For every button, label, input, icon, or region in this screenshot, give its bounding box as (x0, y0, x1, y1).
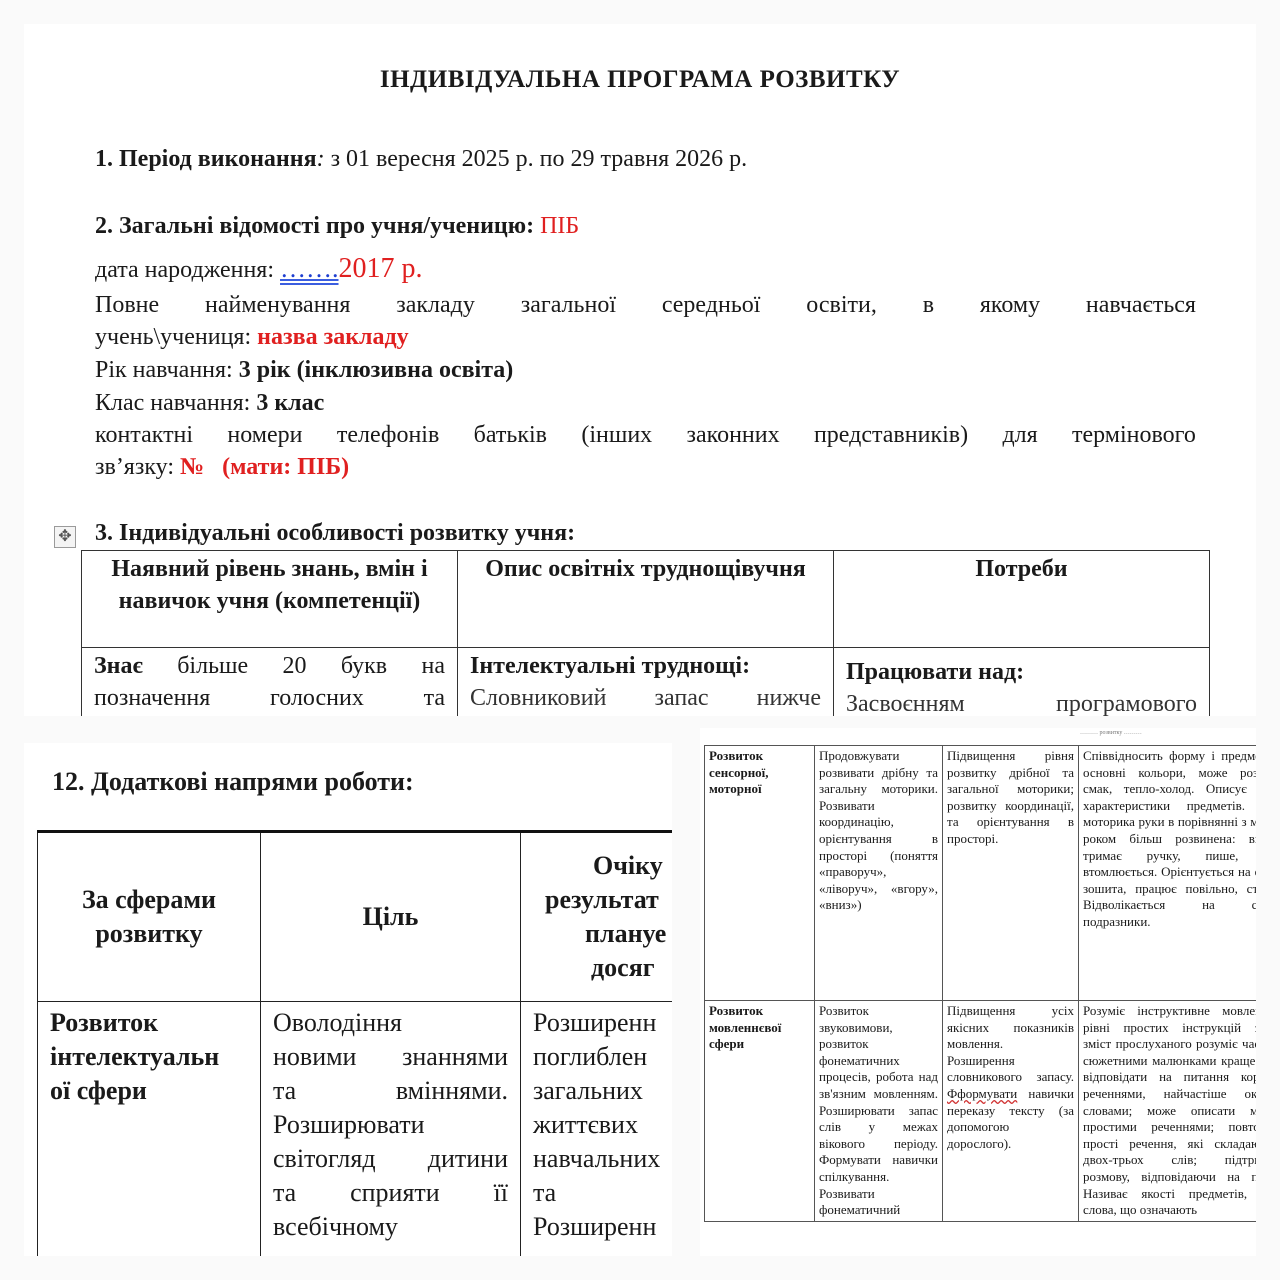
cell-expected: Підвищення рівня розвитку дрібної та заг… (943, 746, 1079, 1001)
document-page-section12: 12. Додаткові напрями роботи: За сферами… (24, 743, 672, 1256)
header-line: плануе (545, 917, 672, 951)
student-name-placeholder: ПІБ (540, 213, 579, 239)
cell-word: більше (177, 650, 248, 682)
study-year-label: Рік навчання: (95, 357, 239, 383)
cell-word: на (421, 650, 445, 682)
header-sphere: За сферами розвитку (38, 832, 261, 1002)
result-line: та (533, 1176, 672, 1210)
goal-word: всебічному (273, 1210, 398, 1244)
header-difficulties: Опис освітніх труднощівучня (458, 551, 834, 648)
result-line: загальних (533, 1074, 672, 1108)
table-header-row: За сферами розвитку Ціль Очікурезультатп… (38, 832, 673, 1002)
school-line-word: загальної (521, 292, 616, 319)
birth-date-dots: ……. (280, 254, 339, 283)
contacts-line-word: представників) (814, 422, 968, 449)
contacts-label: зв’язку: (95, 454, 180, 480)
period-colon: : (317, 146, 325, 172)
cell-competencies: Знаєбільше20буквна позначенняголоснихта (82, 648, 458, 717)
contacts-number-placeholder: № (180, 454, 204, 480)
goal-line: світогляддитини (273, 1142, 508, 1176)
result-line: Розширенн (533, 1006, 672, 1040)
section3-title: 3. Індивідуальні особливості розвитку уч… (95, 520, 575, 547)
goal-word: розвитку (273, 1244, 372, 1256)
cell-word: нижче (757, 682, 821, 714)
goal-word: Розширювати (273, 1108, 425, 1142)
school-line-word: Повне (95, 292, 159, 319)
goal-line: розвитку (273, 1244, 508, 1256)
table-row-sensory-motor: Розвиток сенсорної, моторної Продовжуват… (705, 746, 1257, 1001)
sphere-line: інтелектуальн (50, 1040, 248, 1074)
cell-word: позначення (94, 682, 210, 714)
goal-word: та (273, 1176, 296, 1210)
cell-word: Засвоєнням (846, 688, 965, 716)
class-line: Клас навчання: 3 клас (95, 390, 324, 417)
school-line-word: закладу (396, 292, 475, 319)
period-label: 1. Період виконання (95, 146, 317, 172)
cell-needs: Працювати над: Засвоєннямпрограмового (834, 648, 1210, 717)
student-info-heading: 2. Загальні відомості про учня/ученицю: … (95, 213, 579, 240)
contacts-line-word: батьків (474, 422, 547, 449)
table-move-handle-icon[interactable]: ✥ (54, 526, 76, 548)
result-line: мовлення (533, 1244, 672, 1256)
sphere-line: Розвиток (50, 1006, 248, 1040)
header-line: Очіку (545, 849, 672, 883)
cell-sphere: Розвитокінтелектуальної сфери (38, 1002, 261, 1257)
contacts-line-word: телефонів (337, 422, 439, 449)
header-goal: Ціль (261, 832, 521, 1002)
goal-word: її (494, 1176, 508, 1210)
development-spheres-table: Розвиток сенсорної, моторної Продовжуват… (704, 745, 1256, 1222)
period-value: з 01 вересня 2025 р. по 29 травня 2026 р… (325, 146, 748, 172)
header-expected-result: Очікурезультатплануедосяг (521, 832, 673, 1002)
table-row-speech: Розвиток мовленнєвої сфери Розвиток звук… (705, 1001, 1257, 1222)
cell-current-level: Співвідносить форму і предмет. Знає осно… (1079, 746, 1257, 1001)
student-info-label: 2. Загальні відомості про учня/ученицю: (95, 213, 540, 239)
cell-word: 20 (283, 650, 307, 682)
cell-goal: Продовжувати розвивати дрібну та загальн… (815, 746, 943, 1001)
development-features-table: Наявний рівень знань, вмін і навичок учн… (81, 550, 1210, 716)
result-line: поглиблен (533, 1040, 672, 1074)
header-line: досяг (545, 951, 672, 985)
contacts-line-word: (інших (581, 422, 652, 449)
school-line-word: навчається (1086, 292, 1196, 319)
additional-directions-table: За сферами розвитку Ціль Очікурезультатп… (37, 830, 672, 1256)
school-line-word: середньої (662, 292, 761, 319)
birth-date-line: дата народження: …….2017 р. (95, 253, 423, 285)
intellectual-difficulties-label: Інтелектуальні труднощі: (470, 650, 821, 682)
school-label: учень\учениця: (95, 324, 257, 350)
knows-bold: Знає (94, 650, 143, 682)
table-row: Розвитокінтелектуальної сфери Оволодіння… (38, 1002, 673, 1257)
school-line-word: найменування (205, 292, 350, 319)
table-row: Знаєбільше20буквна позначенняголоснихта … (82, 648, 1210, 717)
table-header-row: Наявний рівень знань, вмін і навичок учн… (82, 551, 1210, 648)
goal-word: дитини (428, 1142, 508, 1176)
cell-sphere: Розвиток сенсорної, моторної (705, 746, 815, 1001)
contacts-line-word: для (1002, 422, 1037, 449)
goal-word: Оволодіння (273, 1006, 402, 1040)
document-title: ІНДИВІДУАЛЬНА ПРОГРАМА РОЗВИТКУ (24, 66, 1256, 94)
cell-goal: Розвиток звуковимови, розвиток фонематич… (815, 1001, 943, 1222)
goal-line: всебічному (273, 1210, 508, 1244)
goal-word: новими (273, 1040, 356, 1074)
work-on-label: Працювати над: (846, 656, 1197, 688)
document-page-top: ІНДИВІДУАЛЬНА ПРОГРАМА РОЗВИТКУ 1. Періо… (24, 24, 1256, 716)
result-line: Розширенн (533, 1210, 672, 1244)
school-name-placeholder: назва закладу (257, 324, 409, 350)
contacts-line-word: номери (227, 422, 302, 449)
cell-word: та (424, 682, 445, 714)
cell-word: програмового (1056, 688, 1197, 716)
class-value: 3 клас (256, 390, 324, 416)
contacts-line-1: контактніномерителефонівбатьків(іншихзак… (95, 422, 1196, 449)
cell-difficulties: Інтелектуальні труднощі: Словниковийзапа… (458, 648, 834, 717)
header-competencies: Наявний рівень знань, вмін і навичок учн… (82, 551, 458, 648)
contacts-mother: (мати: ПІБ) (222, 454, 349, 480)
goal-line: тасприятиїї (273, 1176, 508, 1210)
result-line: навчальних (533, 1142, 672, 1176)
period-line: 1. Період виконання: з 01 вересня 2025 р… (95, 146, 747, 173)
goal-line: Розширювати (273, 1108, 508, 1142)
expected-text: Підвищення усіх якісних показників мовле… (947, 1003, 1074, 1084)
study-year-value: 3 рік (інклюзивна освіта) (239, 357, 514, 383)
contacts-line-word: термінового (1072, 422, 1196, 449)
goal-line: тавміннями. (273, 1074, 508, 1108)
goal-word: сприяти (350, 1176, 440, 1210)
cell-word: голосних (270, 682, 364, 714)
school-line-1: Повненайменуваннязакладузагальноїсереднь… (95, 292, 1196, 319)
birth-date-label: дата народження: (95, 257, 280, 283)
cell-word: букв (341, 650, 387, 682)
spellcheck-word: Фформувати (947, 1086, 1017, 1101)
school-line-word: освіти, (806, 292, 877, 319)
goal-word: світогляд (273, 1142, 376, 1176)
birth-year: 2017 р. (339, 253, 423, 284)
section12-title: 12. Додаткові напрями роботи: (52, 767, 414, 797)
cell-result: Розширеннпоглиблензагальнихжиттєвихнавча… (521, 1002, 673, 1257)
study-year-line: Рік навчання: 3 рік (інклюзивна освіта) (95, 357, 513, 384)
header-needs: Потреби (834, 551, 1210, 648)
goal-line: новимизнаннями (273, 1040, 508, 1074)
result-line: життєвих (533, 1108, 672, 1142)
document-page-dev-table: ……… розвитку ……… Розвиток сенсорної, мот… (700, 728, 1256, 1256)
contacts-line-2: зв’язку: № (мати: ПІБ) (95, 454, 349, 481)
school-line-2: учень\учениця: назва закладу (95, 324, 409, 351)
goal-word: та (273, 1074, 296, 1108)
cell-word: запас (655, 682, 709, 714)
header-line: результат (545, 883, 672, 917)
school-line-word: в (923, 292, 934, 319)
goal-line: Оволодіння (273, 1006, 508, 1040)
cell-sphere: Розвиток мовленнєвої сфери (705, 1001, 815, 1222)
cell-current-level: Розуміє інструктивне мовлення на рівні п… (1079, 1001, 1257, 1222)
school-line-word: якому (980, 292, 1040, 319)
sphere-line: ої сфери (50, 1074, 248, 1108)
cut-header-text: ……… розвитку ……… (1080, 730, 1142, 736)
contacts-line-word: законних (687, 422, 780, 449)
cell-expected: Підвищення усіх якісних показників мовле… (943, 1001, 1079, 1222)
goal-word: вміннями. (396, 1074, 508, 1108)
contacts-line-word: контактні (95, 422, 193, 449)
cell-word: Словниковий (470, 682, 606, 714)
goal-word: знаннями (402, 1040, 508, 1074)
class-label: Клас навчання: (95, 390, 256, 416)
cell-goal: Оволодінняновимизнаннямитавміннями.Розши… (261, 1002, 521, 1257)
